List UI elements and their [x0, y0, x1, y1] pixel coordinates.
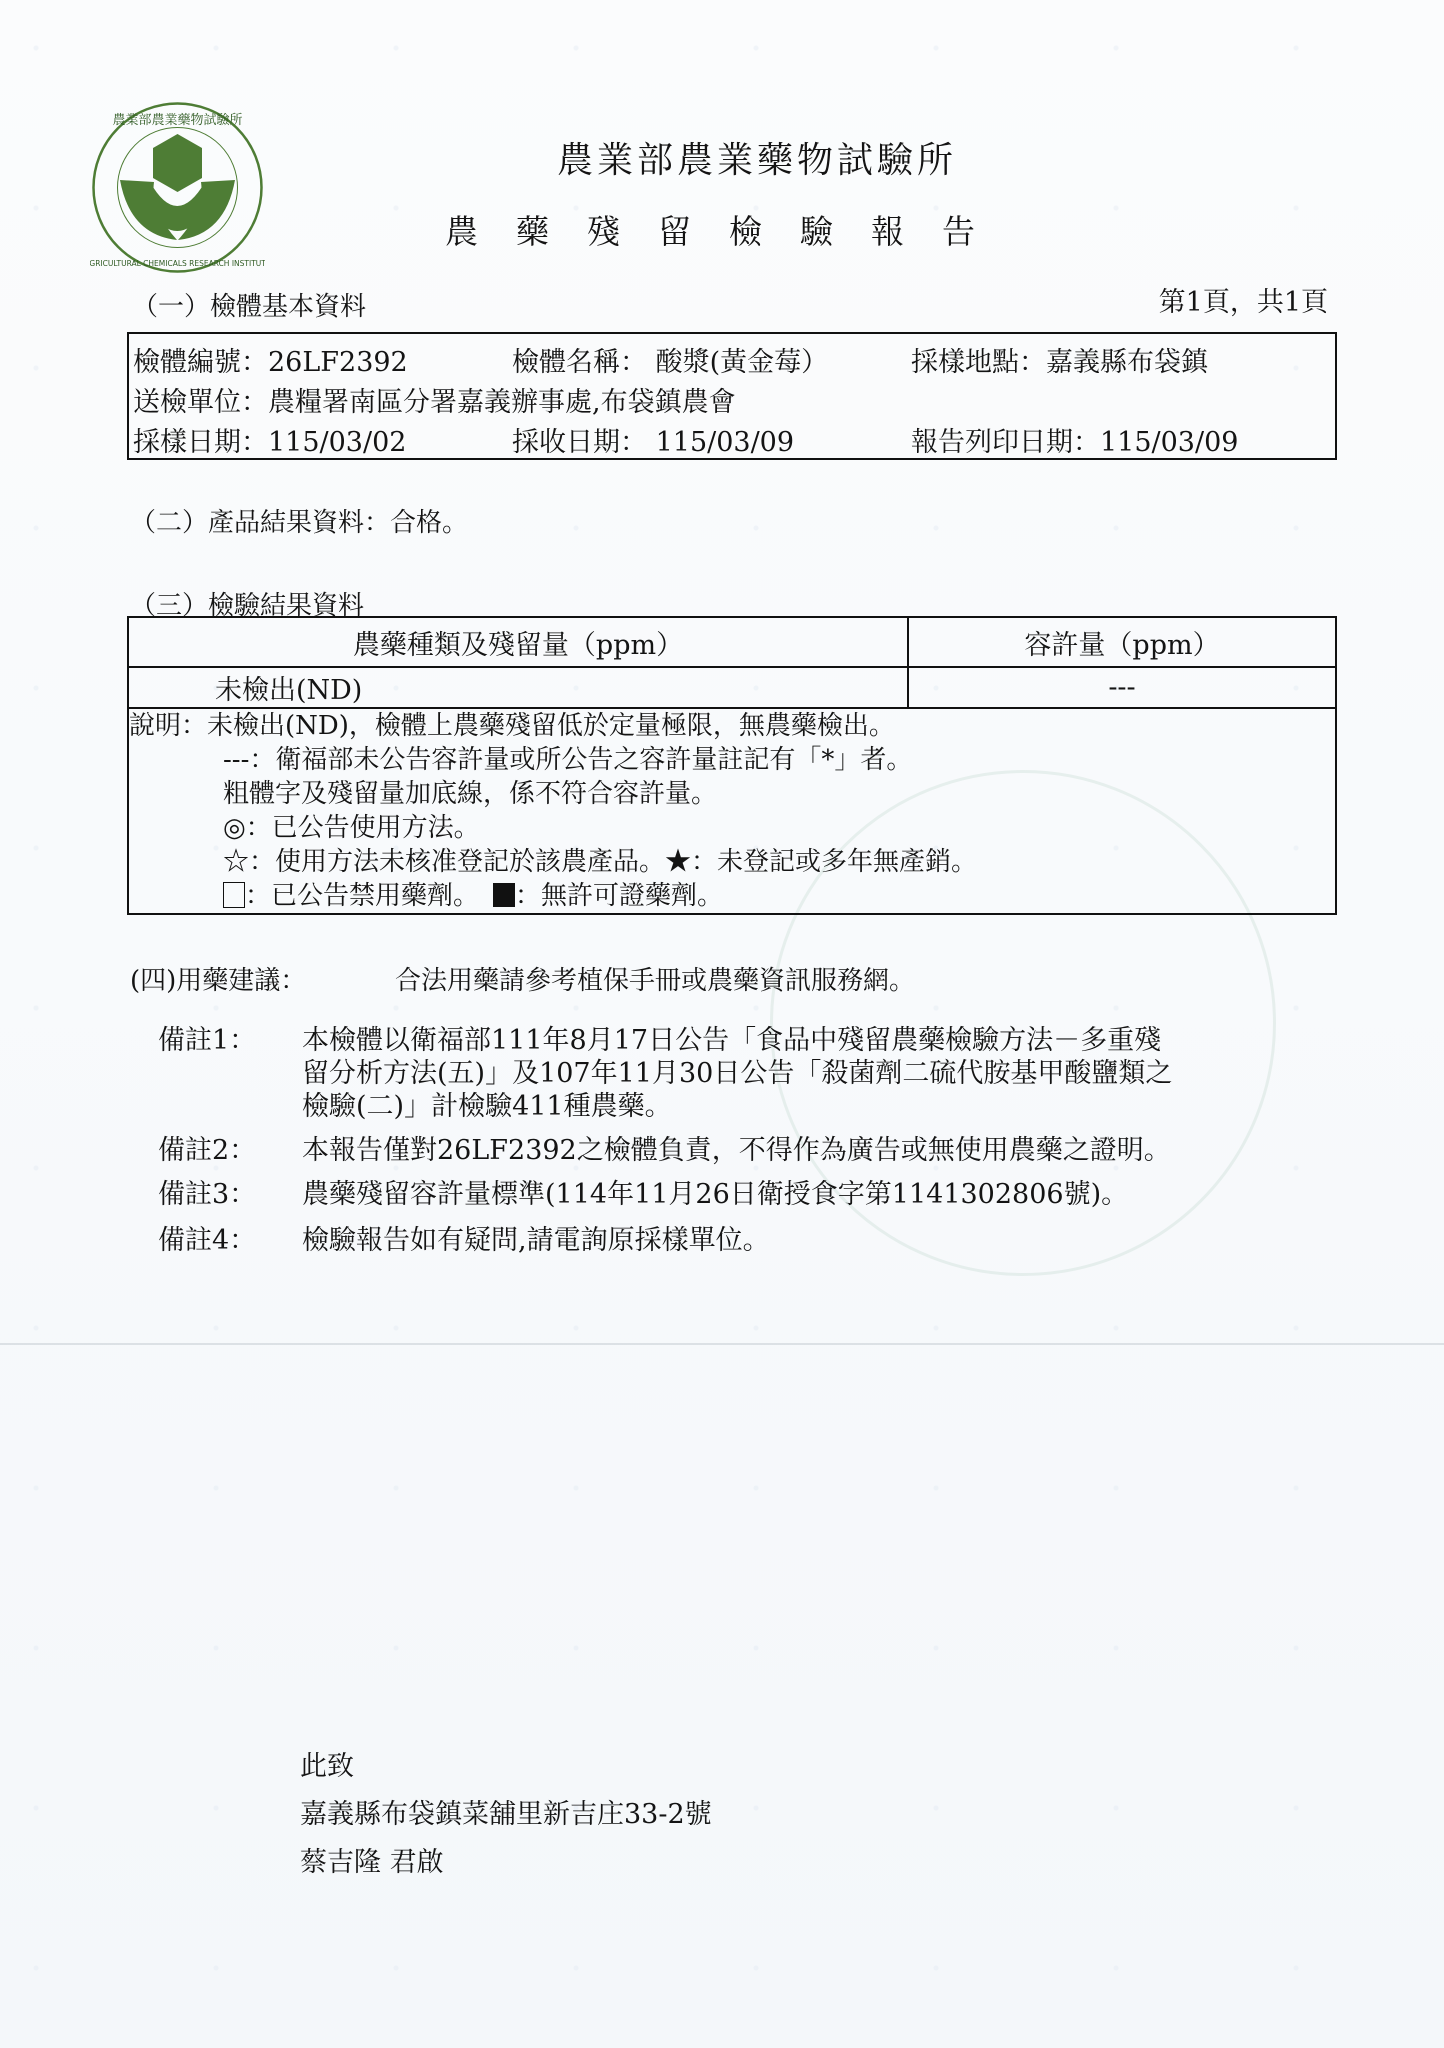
- location-label: 採樣地點：: [911, 347, 1046, 378]
- sample-no-label: 檢體編號：: [133, 347, 268, 378]
- submitter-value: 農糧署南區分署嘉義辦事處,布袋鎮農會: [268, 387, 736, 418]
- svg-text:農業部農業藥物試驗所: 農業部農業藥物試驗所: [112, 112, 242, 128]
- title-char: 留: [658, 206, 691, 253]
- receive-date-label: 採收日期：: [512, 427, 647, 458]
- pesticide-cell: 未檢出(ND): [128, 667, 908, 708]
- note-star-open: ☆：使用方法未核准登記於該農產品。: [223, 847, 665, 877]
- note-line: 說明：未檢出(ND)，檢體上農藥殘留低於定量極限，無農藥檢出。: [129, 709, 1335, 743]
- sample-info-box: 檢體編號：26LF2392 檢體名稱： 酸漿(黃金莓） 採樣地點：嘉義縣布袋鎮 …: [127, 332, 1337, 460]
- title-char: 殘: [587, 206, 620, 253]
- note-line: ：已公告禁用藥劑。：無許可證藥劑。: [129, 879, 1335, 913]
- sample-no-value: 26LF2392: [268, 347, 408, 378]
- remark-line: 留分析方法(五)」及107年11月30日公告「殺菌劑二硫代胺基甲酸鹽類之: [302, 1057, 1342, 1090]
- remark-text: 檢驗報告如有疑問,請電詢原採樣單位。: [302, 1224, 1342, 1257]
- note-line: ---：衛福部未公告容許量或所公告之容許量註記有「*」者。: [129, 743, 1335, 777]
- report-title: 農藥殘留檢驗報告: [445, 206, 1013, 253]
- remark-2: 備註2： 本報告僅對26LF2392之檢體負責，不得作為廣告或無使用農藥之證明。: [0, 1134, 1444, 1174]
- column-header-tolerance: 容許量（ppm）: [908, 617, 1336, 667]
- note-unlicensed: ：無許可證藥劑。: [515, 881, 723, 911]
- note-line: ☆：使用方法未核准登記於該農產品。★：未登記或多年無產銷。: [129, 845, 1335, 879]
- section2-heading: （二）產品結果資料：合格。: [130, 502, 468, 539]
- title-char: 驗: [800, 206, 833, 253]
- remark-line: 檢驗(二)」計檢驗411種農藥。: [302, 1090, 1342, 1123]
- note-star-filled: ★：未登記或多年無產銷。: [665, 847, 977, 877]
- receive-date-value: 115/03/09: [656, 427, 794, 458]
- notes-label: 說明：: [129, 711, 207, 741]
- location-field: 採樣地點：嘉義縣布袋鎮: [911, 340, 1208, 379]
- svg-text:AGRICULTURAL CHEMICALS RESEARC: AGRICULTURAL CHEMICALS RESEARCH INSTITUT…: [90, 259, 265, 268]
- note-line: ◎：已公告使用方法。: [129, 811, 1335, 845]
- title-char: 農: [445, 206, 478, 253]
- remark-label: 備註2：: [158, 1134, 256, 1167]
- remark-label: 備註4：: [158, 1224, 256, 1257]
- table-header-row: 農藥種類及殘留量（ppm） 容許量（ppm）: [128, 617, 1336, 667]
- open-square-icon: [223, 882, 245, 908]
- remark-text: 本報告僅對26LF2392之檢體負責，不得作為廣告或無使用農藥之證明。: [302, 1134, 1342, 1167]
- notes-row: 說明：未檢出(ND)，檢體上農藥殘留低於定量極限，無農藥檢出。 ---：衛福部未…: [128, 708, 1336, 914]
- tolerance-cell: ---: [908, 667, 1336, 708]
- remark-4: 備註4： 檢驗報告如有疑問,請電詢原採樣單位。: [0, 1224, 1444, 1264]
- results-table: 農藥種類及殘留量（ppm） 容許量（ppm） 未檢出(ND) --- 說明：未檢…: [127, 616, 1337, 915]
- table-row: 未檢出(ND) ---: [128, 667, 1336, 708]
- sample-name-value: 酸漿(黃金莓）: [656, 347, 829, 378]
- title-char: 告: [942, 206, 975, 253]
- page-indicator: 第1頁，共1頁: [1159, 280, 1328, 319]
- note-line: 粗體字及殘留量加底線，係不符合容許量。: [129, 777, 1335, 811]
- sampling-date-value: 115/03/02: [268, 427, 406, 458]
- remark-text: 農藥殘留容許量標準(114年11月26日衛授食字第1141302806號)。: [302, 1178, 1342, 1211]
- product-result: 合格。: [390, 508, 468, 538]
- note-banned: ：已公告禁用藥劑。: [245, 881, 479, 911]
- sample-name-field: 檢體名稱： 酸漿(黃金莓）: [512, 340, 828, 379]
- institute-name: 農業部農業藥物試驗所: [0, 132, 1444, 183]
- title-char: 檢: [729, 206, 762, 253]
- column-header-pesticide: 農藥種類及殘留量（ppm）: [128, 617, 908, 667]
- print-date-value: 115/03/09: [1100, 427, 1238, 458]
- location-value: 嘉義縣布袋鎮: [1046, 347, 1208, 378]
- filled-square-icon: [493, 883, 515, 907]
- remark-label: 備註3：: [158, 1178, 256, 1211]
- title-char: 報: [871, 206, 904, 253]
- submitter-label: 送檢單位：: [133, 387, 268, 418]
- sample-name-label: 檢體名稱：: [512, 347, 647, 378]
- sample-no-field: 檢體編號：26LF2392: [133, 340, 408, 379]
- title-char: 藥: [516, 206, 549, 253]
- recipient-address: 嘉義縣布袋鎮菜舖里新吉庄33-2號: [300, 1792, 712, 1831]
- note-nd: 未檢出(ND)，檢體上農藥殘留低於定量極限，無農藥檢出。: [207, 711, 895, 741]
- recipient-name: 蔡吉隆 君啟: [300, 1840, 444, 1879]
- usage-advice: 合法用藥請參考植保手冊或農藥資訊服務網。: [395, 960, 915, 997]
- section4-heading: (四)用藥建議：: [130, 960, 306, 997]
- notes-cell: 說明：未檢出(ND)，檢體上農藥殘留低於定量極限，無農藥檢出。 ---：衛福部未…: [128, 708, 1336, 914]
- submitter-field: 送檢單位：農糧署南區分署嘉義辦事處,布袋鎮農會: [133, 380, 736, 419]
- section2-label: （二）產品結果資料：: [130, 508, 390, 538]
- sampling-date-field: 採樣日期：115/03/02: [133, 420, 406, 459]
- remark-line: 本檢體以衛福部111年8月17日公告「食品中殘留農藥檢驗方法－多重殘: [302, 1024, 1342, 1057]
- remark-text: 本檢體以衛福部111年8月17日公告「食品中殘留農藥檢驗方法－多重殘 留分析方法…: [302, 1024, 1342, 1123]
- section1-heading: （一）檢體基本資料: [132, 286, 366, 323]
- paper-fold-line: [0, 1343, 1444, 1345]
- receive-date-field: 採收日期： 115/03/09: [512, 420, 794, 459]
- print-date-label: 報告列印日期：: [911, 427, 1100, 458]
- sampling-date-label: 採樣日期：: [133, 427, 268, 458]
- institute-logo-icon: 農業部農業藥物試驗所 AGRICULTURAL CHEMICALS RESEAR…: [90, 100, 265, 275]
- print-date-field: 報告列印日期：115/03/09: [911, 420, 1238, 459]
- remark-1: 備註1： 本檢體以衛福部111年8月17日公告「食品中殘留農藥檢驗方法－多重殘 …: [0, 1024, 1444, 1134]
- salutation: 此致: [300, 1744, 354, 1783]
- remark-label: 備註1：: [158, 1024, 256, 1057]
- remark-3: 備註3： 農藥殘留容許量標準(114年11月26日衛授食字第1141302806…: [0, 1178, 1444, 1218]
